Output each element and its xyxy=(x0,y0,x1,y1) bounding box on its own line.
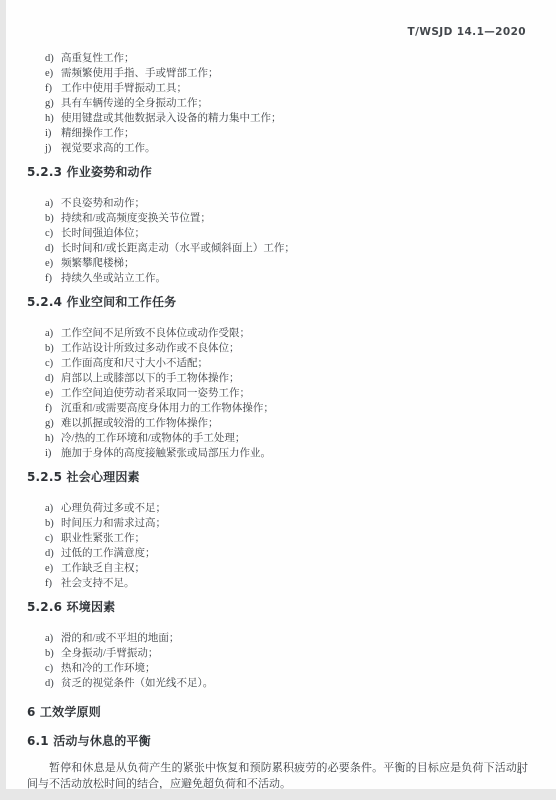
list-item-text: 时间压力和需求过高； xyxy=(61,518,166,529)
list-item-label: a) xyxy=(45,196,61,211)
list-item: b)持续和/或高频度变换关节位置； xyxy=(45,211,528,226)
list-item-text: 不良姿势和动作； xyxy=(61,198,145,209)
list-item-label: g) xyxy=(45,96,61,111)
list-item-label: e) xyxy=(45,66,61,81)
list-item-label: e) xyxy=(45,386,61,401)
list-item-text: 持续和/或高频度变换关节位置； xyxy=(61,213,211,224)
list-item-label: c) xyxy=(45,531,61,546)
list-item-text: 心理负荷过多或不足； xyxy=(61,503,166,514)
list-item-label: h) xyxy=(45,431,61,446)
page-number: 4 xyxy=(517,766,522,777)
list-item-label: i) xyxy=(45,446,61,461)
list-item-label: g) xyxy=(45,416,61,431)
list-item: f)社会支持不足。 xyxy=(45,576,528,591)
list-item: f)工作中使用手臂振动工具； xyxy=(45,81,528,96)
list-item: c)工作面高度和尺寸大小不适配； xyxy=(45,356,528,371)
list-item-text: 肩部以上或膝部以下的手工物体操作； xyxy=(61,373,240,384)
list-item-label: c) xyxy=(45,226,61,241)
section-5-2-5-list: a)心理负荷过多或不足；b)时间压力和需求过高；c)职业性紧张工作；d)过低的工… xyxy=(27,493,528,591)
list-item-label: b) xyxy=(45,516,61,531)
list-item-text: 滑的和/或不平坦的地面； xyxy=(61,633,179,644)
list-item-text: 精细操作工作； xyxy=(61,128,135,139)
list-item: d)长时间和/或长距离走动（水平或倾斜面上）工作； xyxy=(45,241,528,256)
list-item: e)工作空间迫使劳动者采取同一姿势工作； xyxy=(45,386,528,401)
list-item-text: 长时间和/或长距离走动（水平或倾斜面上）工作； xyxy=(61,243,295,254)
list-item: e)需频繁使用手指、手或臂部工作； xyxy=(45,66,528,81)
page-content: d)高重复性工作；e)需频繁使用手指、手或臂部工作；f)工作中使用手臂振动工具；… xyxy=(27,38,528,792)
doc-header: T/WSJD 14.1—2020 xyxy=(0,0,556,38)
list-item-text: 具有车辆传递的全身振动工作； xyxy=(61,98,208,109)
list-item-label: e) xyxy=(45,256,61,271)
list-item: c)职业性紧张工作； xyxy=(45,531,528,546)
list-item-text: 工作站设计所致过多动作或不良体位； xyxy=(61,343,240,354)
list-item: a)滑的和/或不平坦的地面； xyxy=(45,631,528,646)
list-item-text: 贫乏的视觉条件（如光线不足）。 xyxy=(61,678,213,689)
list-item-label: c) xyxy=(45,661,61,676)
list-item: e)频繁攀爬楼梯； xyxy=(45,256,528,271)
list-item-text: 工作缺乏自主权； xyxy=(61,563,145,574)
chapter-heading-6: 6 工效学原则 xyxy=(27,691,528,720)
list-item-text: 频繁攀爬楼梯； xyxy=(61,258,135,269)
list-item-label: i) xyxy=(45,126,61,141)
list-item: b)工作站设计所致过多动作或不良体位； xyxy=(45,341,528,356)
section-heading-5-2-3: 5.2.3 作业姿势和动作 xyxy=(27,156,528,188)
list-item-text: 视觉要求高的工作。 xyxy=(61,143,156,154)
list-item-label: c) xyxy=(45,356,61,371)
list-item-text: 高重复性工作； xyxy=(61,53,135,64)
section-heading-6-1: 6.1 活动与休息的平衡 xyxy=(27,720,528,749)
section-heading-5-2-6: 5.2.6 环境因素 xyxy=(27,591,528,623)
list-item: d)贫乏的视觉条件（如光线不足）。 xyxy=(45,676,528,691)
list-item-label: e) xyxy=(45,561,61,576)
list-item-text: 工作面高度和尺寸大小不适配； xyxy=(61,358,208,369)
list-item-label: b) xyxy=(45,646,61,661)
intro-list: d)高重复性工作；e)需频繁使用手指、手或臂部工作；f)工作中使用手臂振动工具；… xyxy=(27,38,528,156)
list-item-text: 职业性紧张工作； xyxy=(61,533,145,544)
list-item: b)全身振动/手臂振动； xyxy=(45,646,528,661)
list-item: g)难以抓握或较滑的工作物体操作； xyxy=(45,416,528,431)
list-item: g)具有车辆传递的全身振动工作； xyxy=(45,96,528,111)
list-item: h)使用键盘或其他数据录入设备的精力集中工作； xyxy=(45,111,528,126)
list-item: f)沉重和/或需要高度身体用力的工作物体操作； xyxy=(45,401,528,416)
body-paragraph: 暂停和休息是从负荷产生的紧张中恢复和预防累积疲劳的必要条件。平衡的目标应是负荷下… xyxy=(27,760,528,792)
list-item: d)高重复性工作； xyxy=(45,51,528,66)
list-item-label: d) xyxy=(45,546,61,561)
list-item: d)肩部以上或膝部以下的手工物体操作； xyxy=(45,371,528,386)
list-item-text: 使用键盘或其他数据录入设备的精力集中工作； xyxy=(61,113,282,124)
list-item: b)时间压力和需求过高； xyxy=(45,516,528,531)
section-heading-5-2-5: 5.2.5 社会心理因素 xyxy=(27,461,528,493)
document-page: T/WSJD 14.1—2020 d)高重复性工作；e)需频繁使用手指、手或臂部… xyxy=(0,0,556,800)
list-item: a)心理负荷过多或不足； xyxy=(45,501,528,516)
list-item: i)施加于身体的高度接触紧张或局部压力作业。 xyxy=(45,446,528,461)
section-5-2-3-list: a)不良姿势和动作；b)持续和/或高频度变换关节位置；c)长时间强迫体位；d)长… xyxy=(27,188,528,286)
list-item-label: a) xyxy=(45,326,61,341)
list-item: j)视觉要求高的工作。 xyxy=(45,141,528,156)
list-item-label: d) xyxy=(45,241,61,256)
section-heading-5-2-4: 5.2.4 作业空间和工作任务 xyxy=(27,286,528,318)
list-item-label: b) xyxy=(45,341,61,356)
list-item-label: b) xyxy=(45,211,61,226)
section-5-2-4-list: a)工作空间不足所致不良体位或动作受限；b)工作站设计所致过多动作或不良体位；c… xyxy=(27,318,528,461)
list-item-label: d) xyxy=(45,51,61,66)
scan-edge-left xyxy=(0,0,6,800)
list-item-label: j) xyxy=(45,141,61,156)
list-item-text: 沉重和/或需要高度身体用力的工作物体操作； xyxy=(61,403,274,414)
list-item: d)过低的工作满意度； xyxy=(45,546,528,561)
list-item: c)长时间强迫体位； xyxy=(45,226,528,241)
list-item-label: h) xyxy=(45,111,61,126)
list-item: h)冷/热的工作环境和/或物体的手工处理； xyxy=(45,431,528,446)
list-item-text: 长时间强迫体位； xyxy=(61,228,145,239)
list-item-text: 社会支持不足。 xyxy=(61,578,135,589)
list-item-text: 工作空间迫使劳动者采取同一姿势工作； xyxy=(61,388,250,399)
list-item-text: 施加于身体的高度接触紧张或局部压力作业。 xyxy=(61,448,271,459)
list-item: c)热和冷的工作环境； xyxy=(45,661,528,676)
section-5-2-6-list: a)滑的和/或不平坦的地面；b)全身振动/手臂振动；c)热和冷的工作环境；d)贫… xyxy=(27,623,528,691)
list-item-text: 全身振动/手臂振动； xyxy=(61,648,158,659)
list-item: i)精细操作工作； xyxy=(45,126,528,141)
list-item-text: 冷/热的工作环境和/或物体的手工处理； xyxy=(61,433,245,444)
list-item-label: f) xyxy=(45,401,61,416)
list-item-label: f) xyxy=(45,576,61,591)
list-item-text: 工作中使用手臂振动工具； xyxy=(61,83,187,94)
list-item: a)工作空间不足所致不良体位或动作受限； xyxy=(45,326,528,341)
list-item-text: 工作空间不足所致不良体位或动作受限； xyxy=(61,328,250,339)
doc-code: T/WSJD 14.1—2020 xyxy=(408,26,526,38)
list-item-text: 需频繁使用手指、手或臂部工作； xyxy=(61,68,219,79)
list-item-text: 难以抓握或较滑的工作物体操作； xyxy=(61,418,219,429)
list-item-label: f) xyxy=(45,81,61,96)
list-item-label: d) xyxy=(45,371,61,386)
list-item-label: f) xyxy=(45,271,61,286)
list-item: f)持续久坐或站立工作。 xyxy=(45,271,528,286)
list-item: e)工作缺乏自主权； xyxy=(45,561,528,576)
list-item-text: 持续久坐或站立工作。 xyxy=(61,273,166,284)
list-item-label: a) xyxy=(45,501,61,516)
list-item-text: 过低的工作满意度； xyxy=(61,548,156,559)
list-item-label: d) xyxy=(45,676,61,691)
list-item: a)不良姿势和动作； xyxy=(45,196,528,211)
list-item-label: a) xyxy=(45,631,61,646)
list-item-text: 热和冷的工作环境； xyxy=(61,663,156,674)
